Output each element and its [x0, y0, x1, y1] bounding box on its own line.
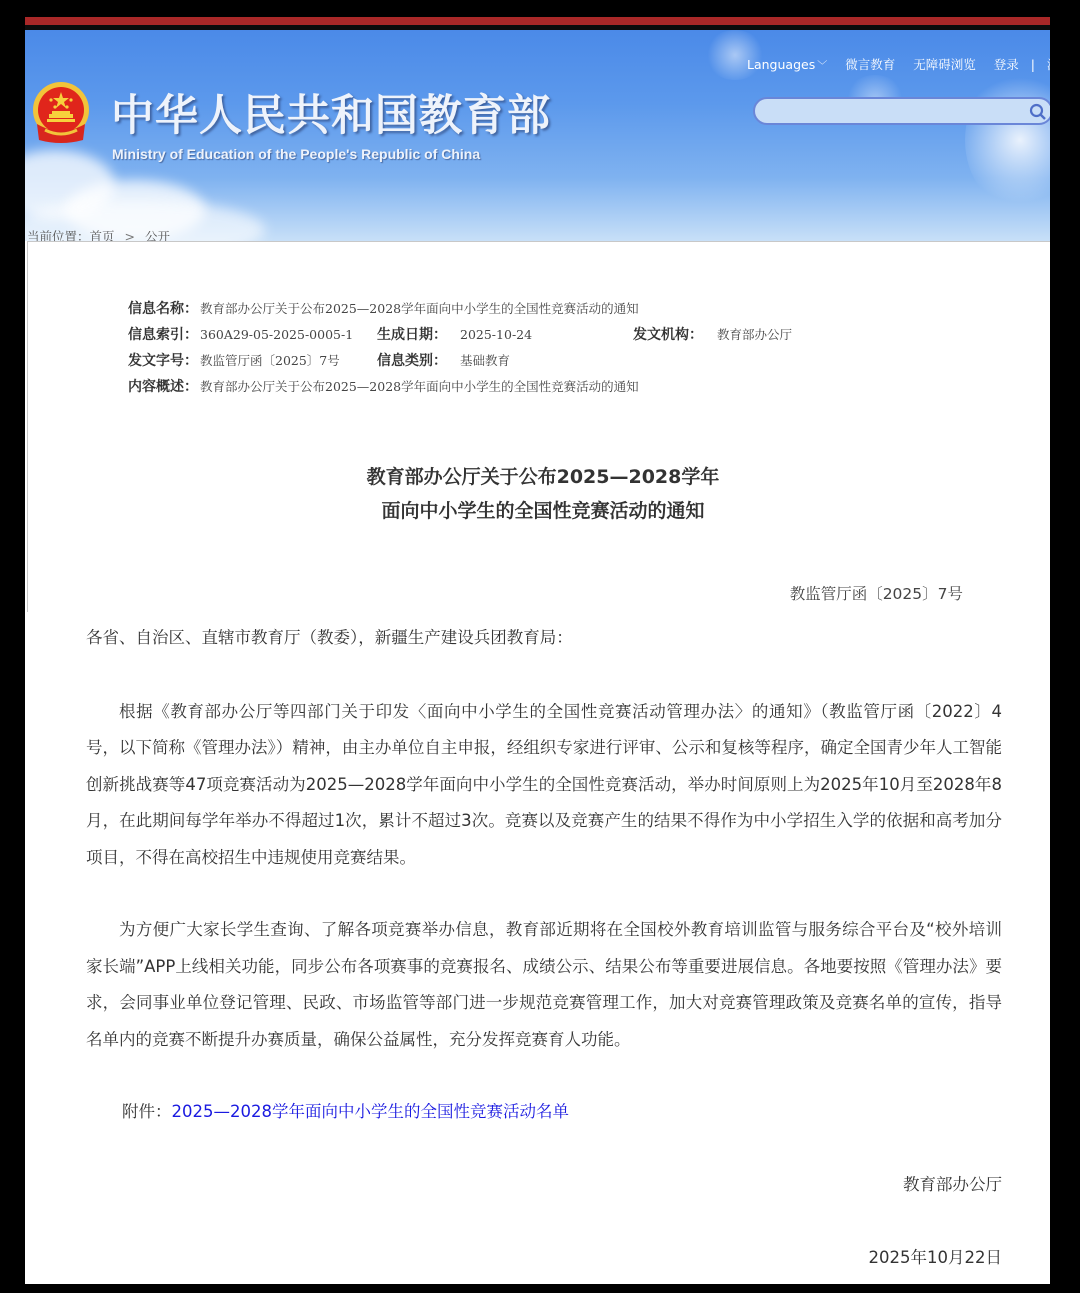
meta-label: 内容概述：	[128, 379, 198, 395]
nav-separator: |	[1031, 57, 1035, 72]
breadcrumb-arrow: >	[125, 229, 135, 241]
accessible-browsing-link[interactable]: 无障碍浏览	[913, 57, 976, 72]
meta-label: 信息名称：	[128, 301, 198, 317]
meta-row-summary: 内容概述：教育部办公厅关于公布2025—2028学年面向中小学生的全国性竞赛活动…	[128, 374, 639, 400]
national-emblem-icon	[31, 80, 91, 146]
meta-label: 生成日期：	[377, 322, 447, 348]
top-nav: Languages﹀ 微言教育 无障碍浏览 登录 | 注册	[747, 55, 1050, 73]
breadcrumb-home[interactable]: 首页	[90, 229, 115, 241]
paragraph-2: 为方便广大家长学生查询、了解各项竞赛举办信息，教育部近期将在全国校外教育培训监管…	[86, 912, 1002, 1058]
meta-label: 发文字号：	[128, 353, 198, 369]
title-line-1: 教育部办公厅关于公布2025—2028学年	[28, 460, 1050, 494]
meta-label: 信息类别：	[377, 348, 447, 374]
top-red-bar	[25, 17, 1050, 25]
meta-row-name: 信息名称：教育部办公厅关于公布2025—2028学年面向中小学生的全国性竞赛活动…	[128, 296, 639, 322]
search-box	[753, 97, 1050, 125]
attachment-link[interactable]: 2025—2028学年面向中小学生的全国性竞赛活动名单	[172, 1102, 569, 1121]
meta-value: 教监管厅函〔2025〕7号	[200, 353, 340, 368]
document-body: 各省、自治区、直辖市教育厅（教委），新疆生产建设兵团教育局： 根据《教育部办公厅…	[86, 620, 1002, 1131]
meta-value: 教育部办公厅关于公布2025—2028学年面向中小学生的全国性竞赛活动的通知	[200, 301, 639, 316]
page: 中华人民共和国教育部 Ministry of Education of the …	[25, 17, 1050, 1284]
search-input[interactable]	[767, 99, 1021, 125]
document-number: 教监管厅函〔2025〕7号	[790, 582, 963, 604]
languages-label: Languages	[747, 57, 815, 72]
languages-dropdown[interactable]: Languages﹀	[747, 57, 827, 72]
info-box: 信息名称：教育部办公厅关于公布2025—2028学年面向中小学生的全国性竞赛活动…	[27, 241, 1050, 612]
site-header: 中华人民共和国教育部 Ministry of Education of the …	[25, 30, 1050, 241]
signature: 教育部办公厅	[903, 1171, 1002, 1195]
breadcrumb: 当前位置：首页>公开	[27, 227, 170, 241]
meta-value: 2025-10-24	[460, 322, 532, 348]
title-line-2: 面向中小学生的全国性竞赛活动的通知	[28, 494, 1050, 528]
meta-value: 360A29-05-2025-0005-1	[200, 327, 353, 342]
meta-row-docno: 发文字号：教监管厅函〔2025〕7号 信息类别：基础教育	[128, 348, 639, 374]
chevron-down-icon: ﹀	[817, 61, 827, 72]
document-title: 教育部办公厅关于公布2025—2028学年 面向中小学生的全国性竞赛活动的通知	[28, 460, 1050, 528]
salutation: 各省、自治区、直辖市教育厅（教委），新疆生产建设兵团教育局：	[86, 620, 1002, 657]
search-icon[interactable]	[1029, 103, 1047, 125]
login-link[interactable]: 登录	[994, 57, 1019, 72]
site-title-en: Ministry of Education of the People's Re…	[112, 146, 480, 162]
meta-row-index: 信息索引：360A29-05-2025-0005-1 生成日期：2025-10-…	[128, 322, 639, 348]
breadcrumb-prefix: 当前位置：	[27, 229, 90, 241]
attachment-label: 附件：	[122, 1102, 172, 1121]
paragraph-1: 根据《教育部办公厅等四部门关于印发〈面向中小学生的全国性竞赛活动管理办法〉的通知…	[86, 694, 1002, 877]
register-link[interactable]: 注册	[1047, 57, 1050, 72]
meta-value: 教育部办公厅关于公布2025—2028学年面向中小学生的全国性竞赛活动的通知	[200, 379, 639, 394]
meta-label: 发文机构：	[633, 322, 703, 348]
dandelion-decoration	[965, 70, 1050, 210]
attachment: 附件：2025—2028学年面向中小学生的全国性竞赛活动名单	[86, 1094, 1002, 1131]
document-date: 2025年10月22日	[869, 1244, 1002, 1268]
weiyan-link[interactable]: 微言教育	[845, 57, 895, 72]
meta-value: 教育部办公厅	[717, 322, 792, 348]
meta-value: 基础教育	[460, 348, 510, 374]
meta-label: 信息索引：	[128, 327, 198, 343]
site-title-cn: 中华人民共和国教育部	[111, 82, 551, 143]
metadata-table: 信息名称：教育部办公厅关于公布2025—2028学年面向中小学生的全国性竞赛活动…	[128, 296, 639, 400]
breadcrumb-current[interactable]: 公开	[145, 229, 170, 241]
